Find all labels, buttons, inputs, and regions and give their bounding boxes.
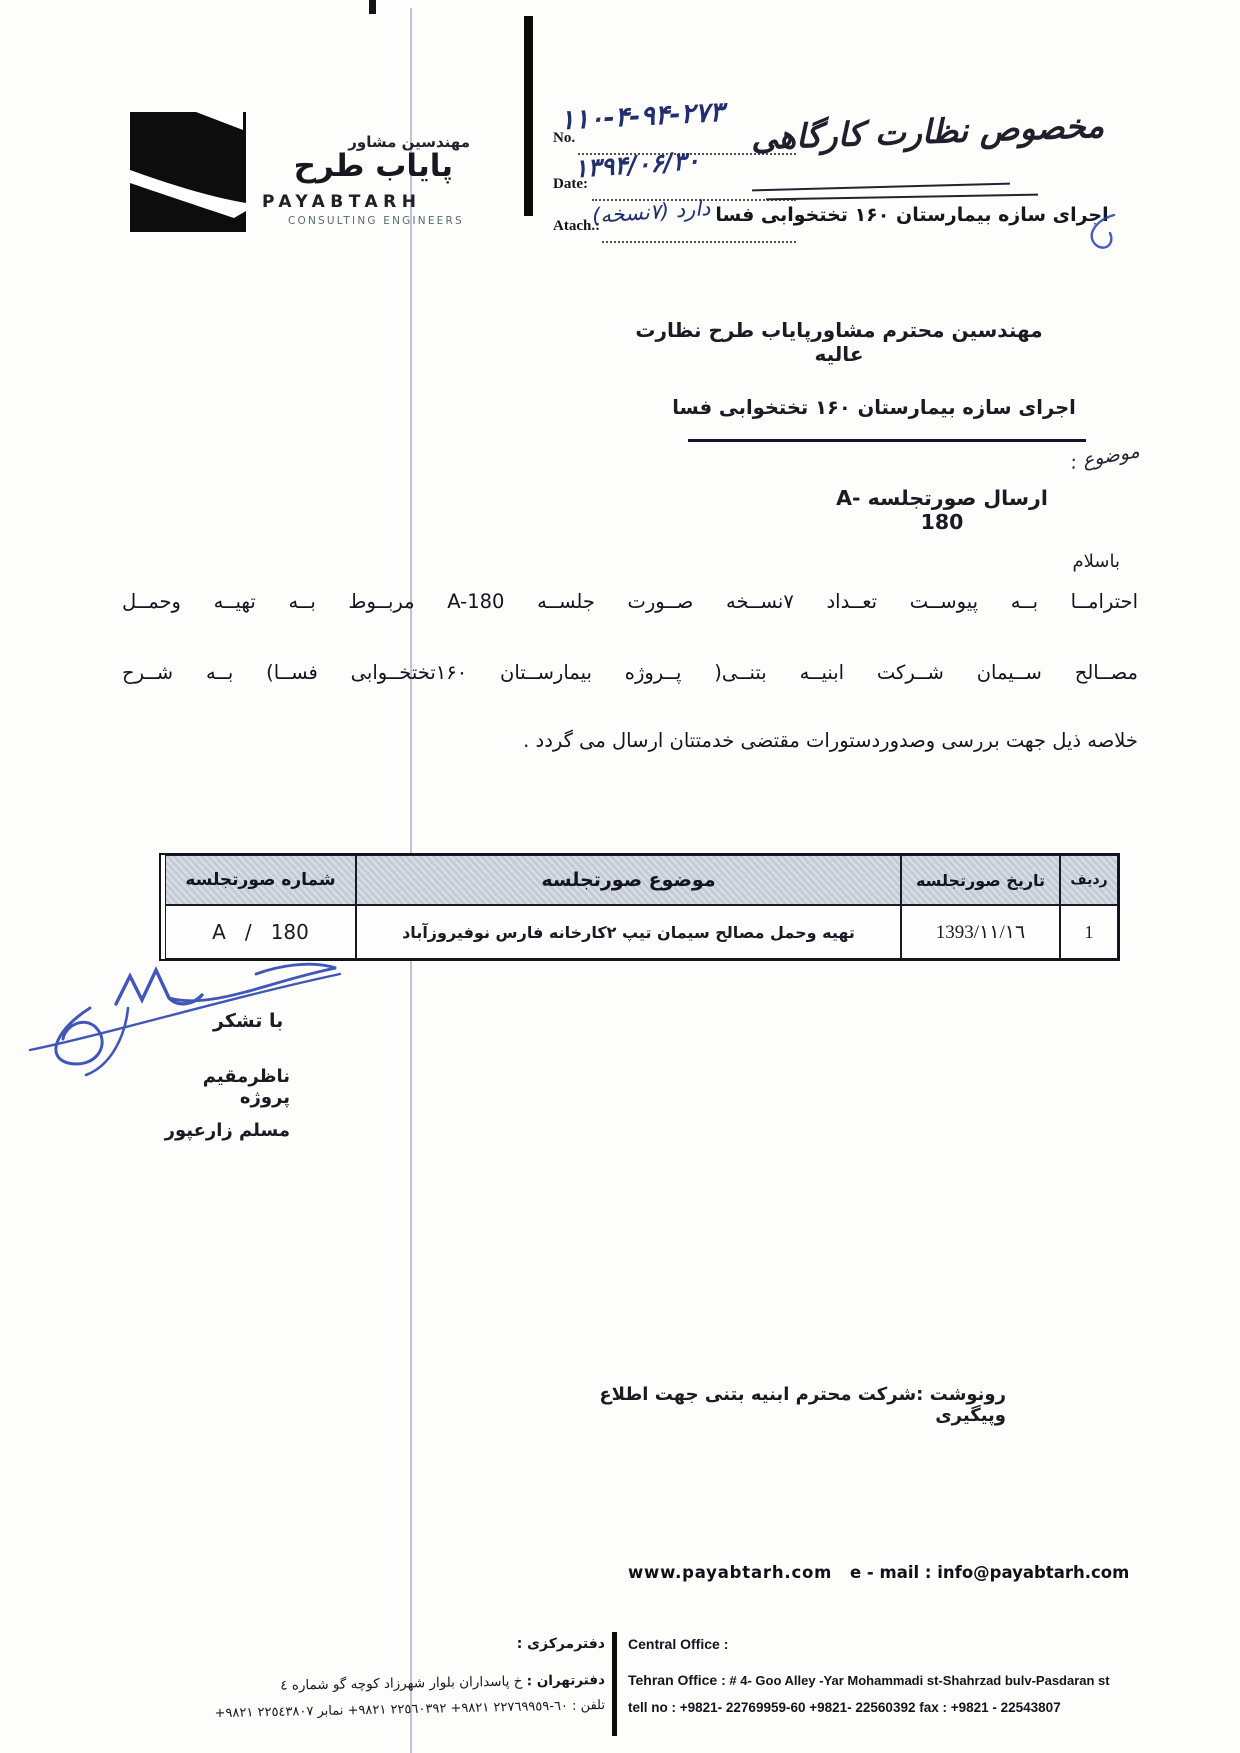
subject-line: ارسال صورتجلسه A-180 (823, 486, 1061, 534)
col-header-date: تاریخ صورتجلسه (901, 855, 1060, 905)
footer-tehran-address-en: # 4- Goo Alley -Yar Mohammadi st-Shahrza… (729, 1673, 1109, 1688)
body-line-3: خلاصه ذیل جهت بررسی وصدوردستورات مقتضی خ… (280, 729, 1138, 752)
underline-rule (688, 439, 1086, 442)
scan-mark (369, 0, 376, 14)
stamp-underline (752, 183, 1010, 192)
footer-tehran-office-en: Tehran Office : # 4- Goo Alley -Yar Moha… (628, 1672, 1228, 1688)
col-header-row-no: ردیف (1060, 855, 1118, 905)
website-text: www.payabtarh.com (628, 1563, 832, 1582)
signatory-title: ناظرمقیم پروژه (158, 1066, 290, 1108)
addressee-line: مهندسین محترم مشاورپایاب طرح نظارت عالیه (618, 318, 1060, 366)
scan-black-bar (524, 16, 533, 216)
brand-name-en: PAYABTARH (262, 192, 457, 212)
table-row-cell-date: 1393/١١/١٦ (901, 905, 1060, 959)
footer-tehran-address-fa: خ پاسداران بلوار شهرزاد کوچه گو شماره ٤ (280, 1673, 522, 1693)
ink-mark (1082, 212, 1120, 256)
footer-tehran-office-fa: دفترتهران : خ پاسداران بلوار شهرزاد کوچه… (168, 1672, 605, 1696)
footer-central-office-fa: دفترمرکزی : (430, 1636, 605, 1652)
stamp-underline (766, 194, 1038, 201)
brand-name-fa: پایاب طرح (280, 148, 453, 184)
payabtarh-logo (130, 112, 246, 232)
project-title-header: اجرای سازه بیمارستان ۱۶۰ تختخوابی فسا (700, 204, 1124, 226)
footer-phone-en: tell no : +9821- 22769959-60 +9821- 2256… (628, 1700, 1061, 1715)
col-header-number: شماره صورتجلسه (165, 855, 356, 905)
brand-subtitle-en: CONSULTING ENGINEERS (288, 215, 498, 227)
email-text: e - mail : info@payabtarh.com (850, 1563, 1129, 1582)
salutation: باسلام (1035, 551, 1120, 572)
project-line: اجرای سازه بیمارستان ۱۶۰ تختخوابی فسا (658, 396, 1090, 419)
logo-swoosh-icon (130, 112, 246, 232)
body-line-2: مصــالح ســیمان شــرکت ابنیــه بتنــی( پ… (122, 661, 1138, 684)
table-row-cell-subject: تهیه وحمل مصالح سیمان تیپ ۲کارخانه فارس … (356, 905, 901, 959)
signatory-name: مسلم زارعپور (158, 1120, 290, 1141)
footer-central-office-en: Central Office : (628, 1636, 728, 1652)
thanks-note: با تشکر (213, 1010, 283, 1032)
scanned-letter-page: مهندسین مشاور پایاب طرح PAYABTARH CONSUL… (0, 0, 1240, 1753)
col-header-subject: موضوع صورتجلسه (356, 855, 901, 905)
cc-line: رونوشت :شرکت محترم ابنیه بتنی جهت اطلاع … (578, 1384, 1006, 1426)
footer-phone-fa: تلفن : ٦٠-٢٢٧٦٩٩٥٩ ٩٨٢١+ ٢٢٥٦٠٣٩٢ ٩٨٢١+ … (48, 1698, 605, 1725)
body-line-1: احترامــا بــه پیوســت تعــداد ۷نســخه ص… (122, 590, 1138, 613)
no-value-handwritten: ۱۱۰-۴-۹۴-۲۷۳ (559, 97, 725, 137)
site-supervision-stamp: مخصوص نظارت کارگاهی (729, 105, 1125, 158)
footer-divider (612, 1632, 617, 1736)
subject-label-handwritten: موضوع : (1069, 440, 1141, 474)
table-row-cell-row-no: 1 (1060, 905, 1118, 959)
footer-tehran-label-fa: دفترتهران : (527, 1672, 606, 1689)
signature-ink (28, 938, 353, 1080)
atach-dotted-line (602, 240, 796, 243)
footer-tehran-label-en: Tehran Office : (628, 1672, 726, 1688)
